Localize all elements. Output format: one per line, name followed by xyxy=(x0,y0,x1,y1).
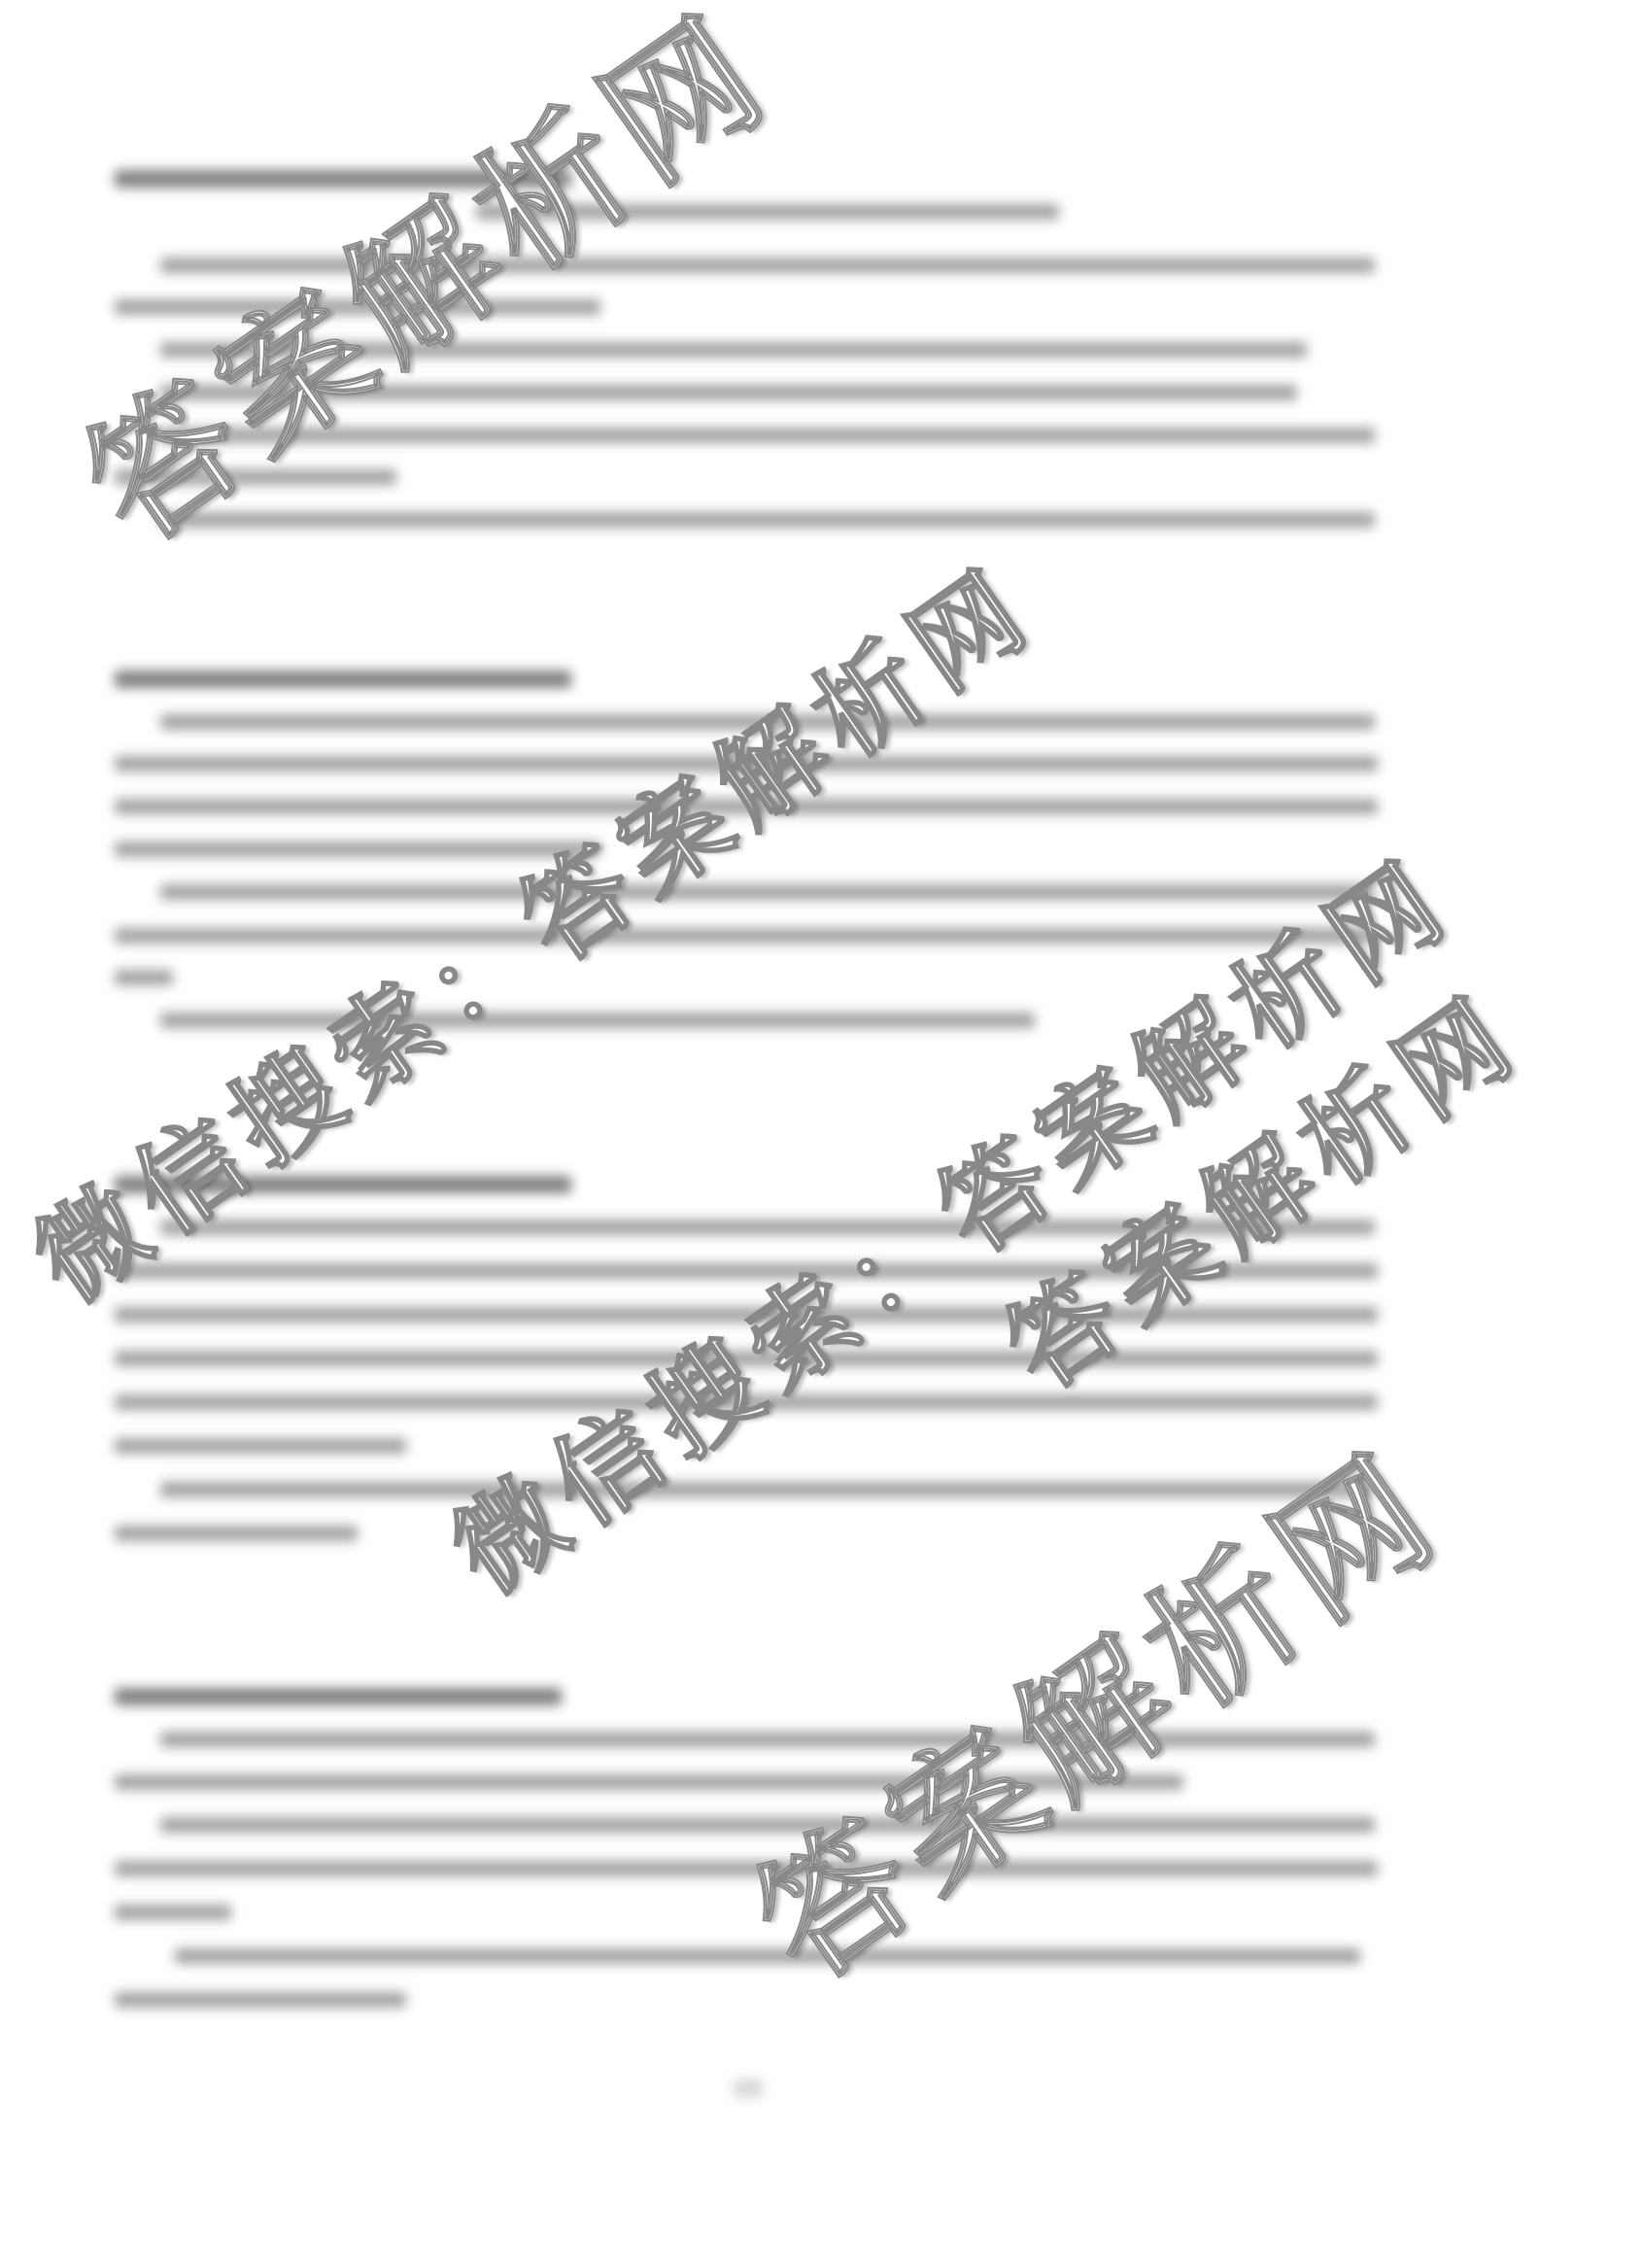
text-line xyxy=(115,1905,231,1920)
text-line xyxy=(160,884,1375,900)
page-number xyxy=(734,2079,763,2097)
text-line xyxy=(175,1948,1360,1964)
text-line xyxy=(115,1992,406,2008)
text-line xyxy=(160,512,1375,528)
text-line xyxy=(115,928,1378,944)
section-heading xyxy=(115,670,571,688)
section-heading xyxy=(115,1688,562,1705)
text-line xyxy=(115,1438,406,1454)
text-line xyxy=(160,1482,1375,1497)
text-line xyxy=(115,970,173,985)
text-line xyxy=(115,1526,358,1541)
